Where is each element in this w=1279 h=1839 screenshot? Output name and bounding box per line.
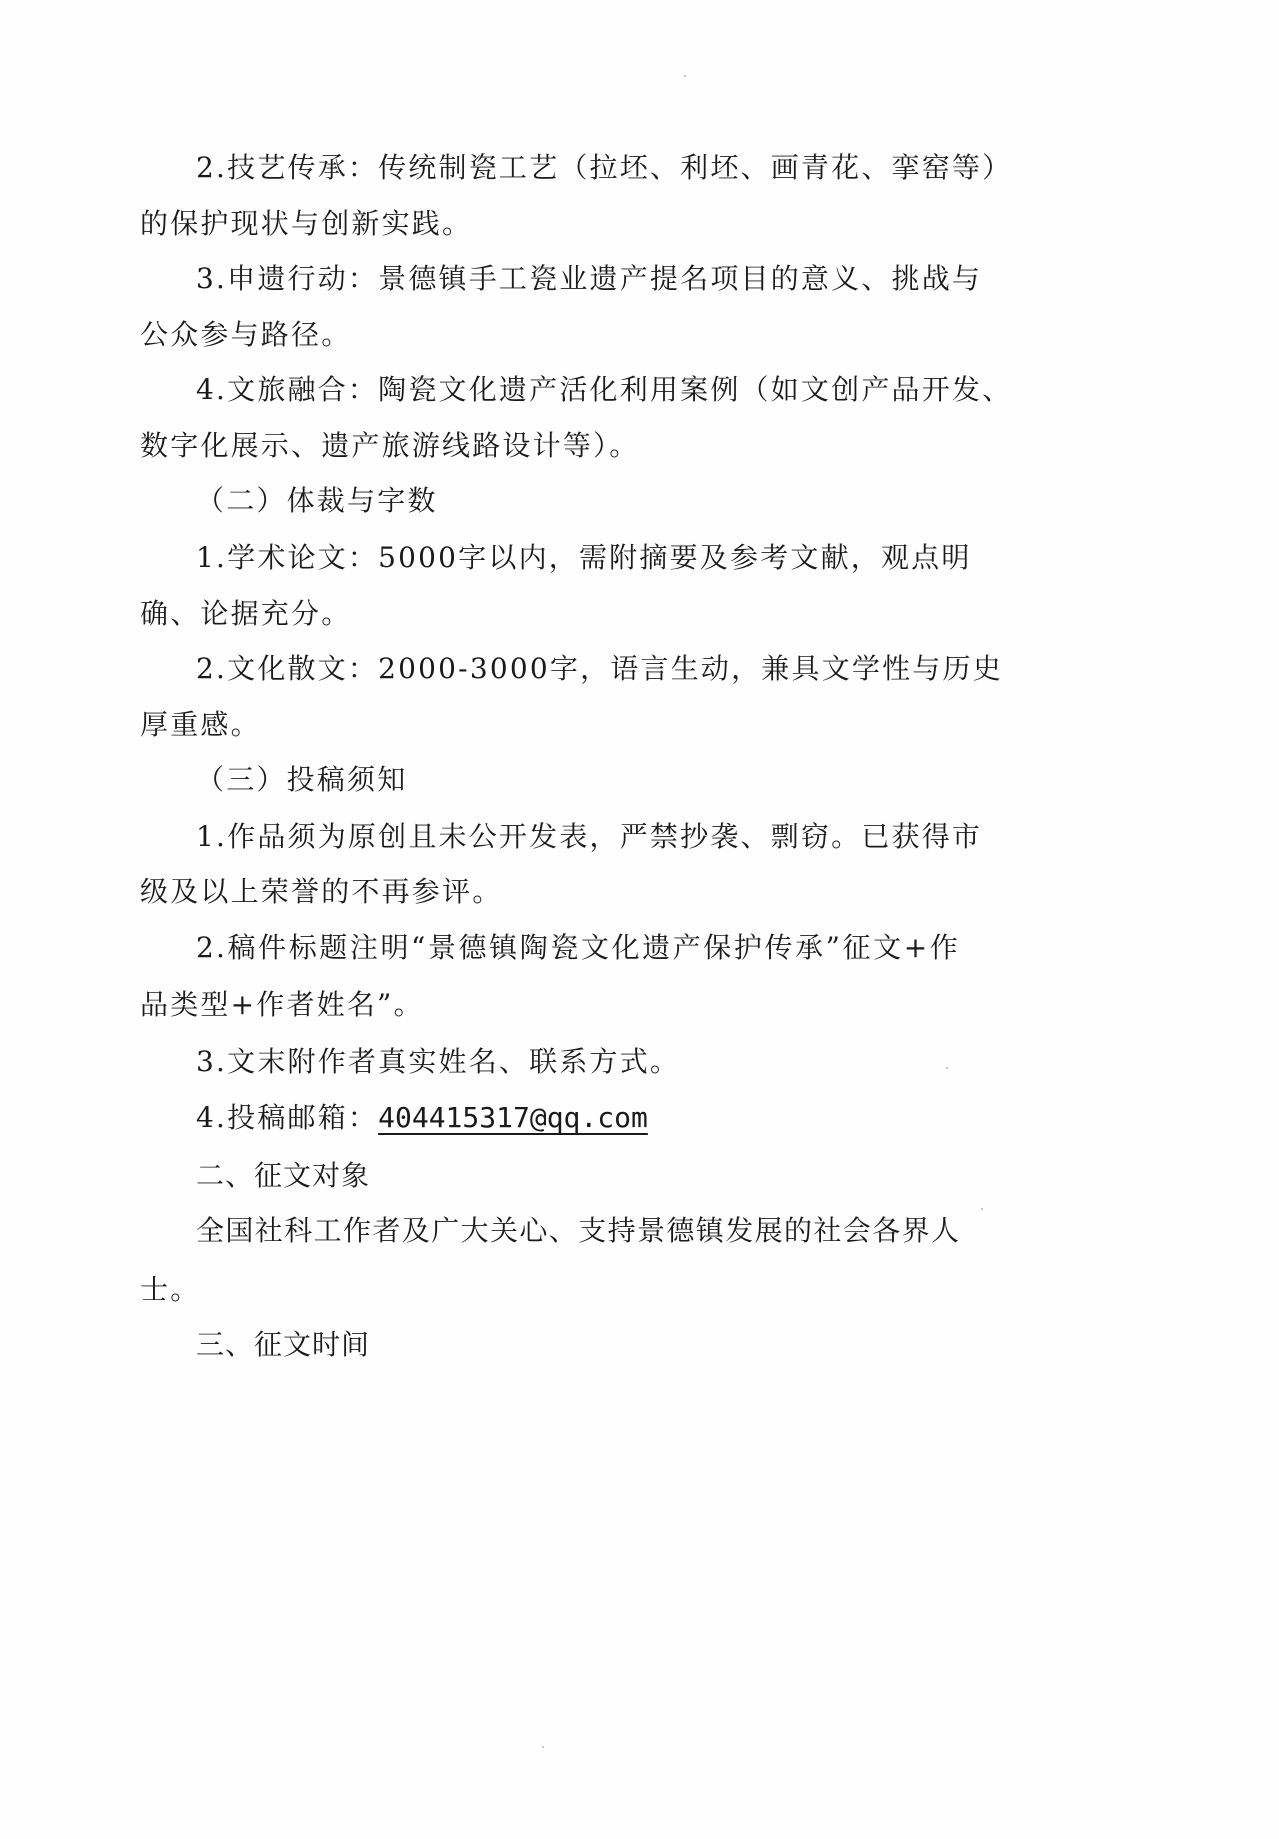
paragraph-line: 级及以上荣誉的不再参评。 xyxy=(140,872,960,912)
section-heading-target-audience: 二、征文对象 xyxy=(196,1156,960,1196)
paragraph-academic-paper: 1.学术论文：5000字以内，需附摘要及参考文献，观点明 xyxy=(196,538,960,578)
paragraph-line: 士。 xyxy=(140,1270,960,1310)
document-page: 2.技艺传承：传统制瓷工艺（拉坯、利坯、画青花、挛窑等） 的保护现状与创新实践。… xyxy=(0,0,1279,1839)
paragraph-cultural-essay: 2.文化散文：2000-3000字，语言生动，兼具文学性与历史 xyxy=(196,649,960,689)
paragraph-line: 公众参与路径。 xyxy=(140,315,960,355)
scan-speck xyxy=(542,1746,544,1748)
section-heading-submission-notes: （三）投稿须知 xyxy=(196,760,960,800)
paragraph-submission-email: 4.投稿邮箱：404415317@qq.com xyxy=(196,1098,960,1138)
paragraph-originality: 1.作品须为原创且未公开发表，严禁抄袭、剽窃。已获得市 xyxy=(196,817,960,857)
email-link[interactable]: 404415317@qq.com xyxy=(378,1101,648,1134)
paragraph-line: 确、论据充分。 xyxy=(140,594,960,634)
scan-speck xyxy=(981,1208,983,1210)
paragraph-culture-tourism: 4.文旅融合：陶瓷文化遗产活化利用案例（如文创产品开发、 xyxy=(196,370,960,410)
email-label: 4.投稿邮箱： xyxy=(196,1101,378,1134)
section-heading-genre-wordcount: （二）体裁与字数 xyxy=(196,481,960,521)
section-heading-timeline: 三、征文时间 xyxy=(196,1325,960,1365)
paragraph-author-info: 3.文末附作者真实姓名、联系方式。 xyxy=(196,1042,960,1082)
paragraph-line: 厚重感。 xyxy=(140,705,960,745)
paragraph-title-format: 2.稿件标题注明“景德镇陶瓷文化遗产保护传承”征文+作 xyxy=(196,928,960,968)
scan-speck xyxy=(684,75,686,77)
paragraph-heritage-application: 3.申遗行动：景德镇手工瓷业遗产提名项目的意义、挑战与 xyxy=(196,259,960,299)
paragraph-craft-inheritance: 2.技艺传承：传统制瓷工艺（拉坯、利坯、画青花、挛窑等） xyxy=(196,148,960,188)
scan-speck xyxy=(946,1067,948,1069)
paragraph-line: 数字化展示、遗产旅游线路设计等）。 xyxy=(140,426,960,466)
paragraph-line: 的保护现状与创新实践。 xyxy=(140,204,960,244)
paragraph-line: 品类型+作者姓名”。 xyxy=(140,985,960,1025)
paragraph-audience: 全国社科工作者及广大关心、支持景德镇发展的社会各界人 xyxy=(196,1211,960,1251)
